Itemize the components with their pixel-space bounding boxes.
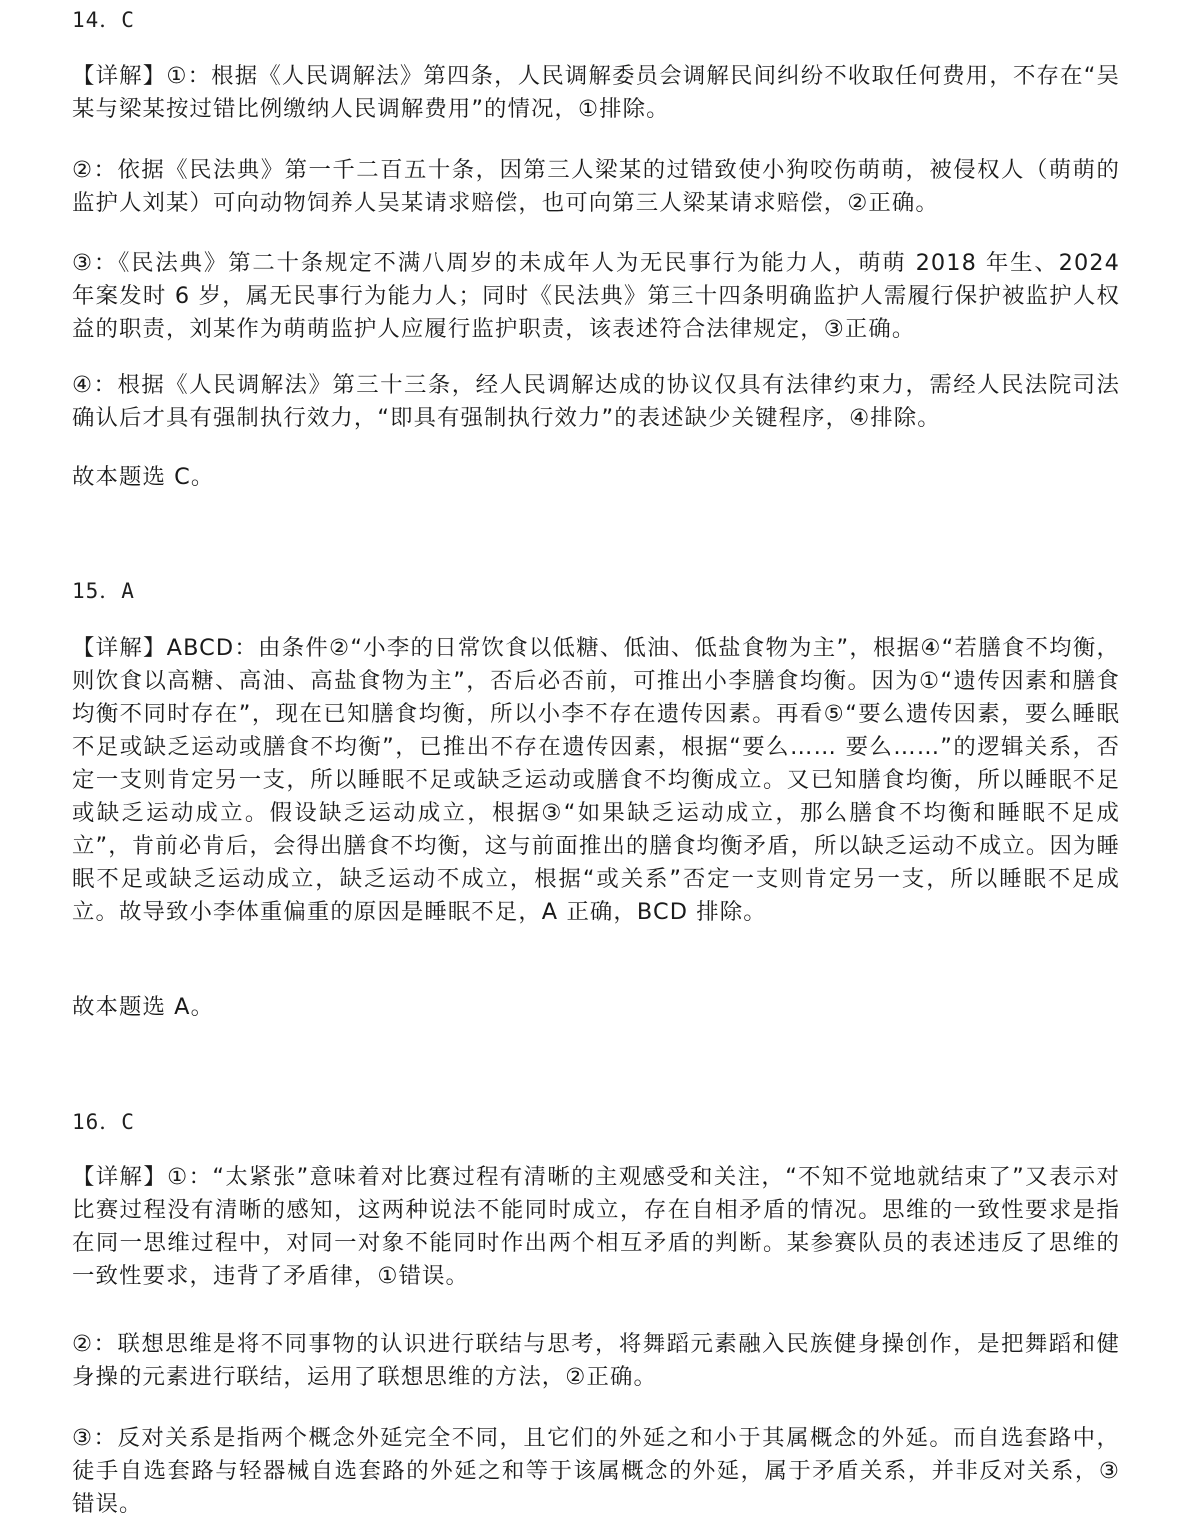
q14-explanation-2: ②：依据《民法典》第一千二百五十条，因第三人梁某的过错致使小狗咬伤萌萌，被侵权人… bbox=[72, 154, 1120, 220]
q14-explanation-1: 【详解】①：根据《人民调解法》第四条，人民调解委员会调解民间纠纷不收取任何费用，… bbox=[72, 60, 1120, 126]
q14-explanation-3: ③：《民法典》第二十条规定不满八周岁的未成年人为无民事行为能力人，萌萌 2018… bbox=[72, 247, 1120, 346]
question-16-answer: 16．C bbox=[72, 1107, 135, 1137]
q16-explanation-1: 【详解】①：“太紧张”意味着对比赛过程有清晰的主观感受和关注，“不知不觉地就结束… bbox=[72, 1161, 1120, 1293]
q14-conclusion: 故本题选 C。 bbox=[72, 461, 1120, 494]
q16-explanation-3: ③：反对关系是指两个概念外延完全不同，且它们的外延之和小于其属概念的外延。而自选… bbox=[72, 1422, 1120, 1521]
question-15-answer: 15．A bbox=[72, 576, 135, 606]
q16-explanation-2: ②：联想思维是将不同事物的认识进行联结与思考，将舞蹈元素融入民族健身操创作，是把… bbox=[72, 1328, 1120, 1394]
q15-explanation-1: 【详解】ABCD：由条件②“小李的日常饮食以低糖、低油、低盐食物为主”，根据④“… bbox=[72, 632, 1120, 929]
q15-conclusion: 故本题选 A。 bbox=[72, 991, 1120, 1024]
q14-explanation-4: ④：根据《人民调解法》第三十三条，经人民调解达成的协议仅具有法律约束力，需经人民… bbox=[72, 369, 1120, 435]
question-14-answer: 14．C bbox=[72, 5, 135, 35]
